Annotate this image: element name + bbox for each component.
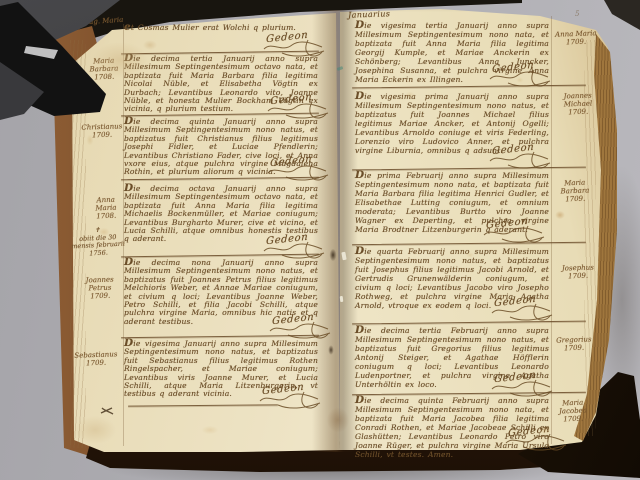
priest-signature: Gedeon [504, 426, 570, 448]
margin-note: Joannes Michael 1709. [554, 91, 603, 117]
priest-signature: Gedeon [488, 144, 554, 166]
margin-note: Sebastianus 1709. [72, 350, 121, 368]
photo-of-baptismal-register: pag. Maria et Cosmas Mulier erat Wolchi … [0, 0, 640, 480]
priest-signature: Gedeon [482, 218, 548, 240]
priest-signature: Gedeon [258, 384, 324, 406]
signature-flourish [266, 162, 332, 182]
margin-note: Anna Maria 1709. [552, 29, 601, 47]
signature-flourish [488, 150, 554, 170]
priest-signature: Gedeon [490, 372, 556, 394]
margin-note: Maria Barbara 1709. [551, 178, 600, 204]
priest-signature: Gedeon [268, 314, 334, 336]
signature-flourish [268, 320, 334, 340]
priest-signature: Gedeon [266, 94, 332, 116]
signature-flourish [490, 378, 556, 398]
margin-note: Josephus 1709. [554, 263, 603, 281]
signature-flourish [258, 390, 324, 410]
priest-signature: Gedeon [262, 234, 328, 256]
priest-signature: Gedeon [266, 156, 332, 178]
signature-flourish [504, 432, 570, 452]
obiit-death-note: ✝ obiit die 30 mensis februarii 1756. [69, 226, 127, 259]
margin-note: Joannes Petrus 1709. [76, 275, 125, 301]
signature-flourish [490, 302, 556, 322]
margin-note: Gregorius 1709. [550, 335, 599, 353]
margin-note: Maria Jacobea 1709. [549, 398, 598, 424]
priest-signature: Gedeon [490, 296, 556, 318]
page-number: 5 [575, 10, 579, 18]
signature-flourish [262, 240, 328, 260]
signature-flourish [488, 68, 554, 88]
stitching-thread [340, 296, 344, 302]
priest-signature: Gedeon [262, 32, 328, 54]
priest-signature: Gedeon [488, 62, 554, 84]
ink-blot-mark [100, 406, 114, 416]
signature-flourish [482, 224, 548, 244]
margin-note: Christianus 1709. [78, 122, 127, 140]
